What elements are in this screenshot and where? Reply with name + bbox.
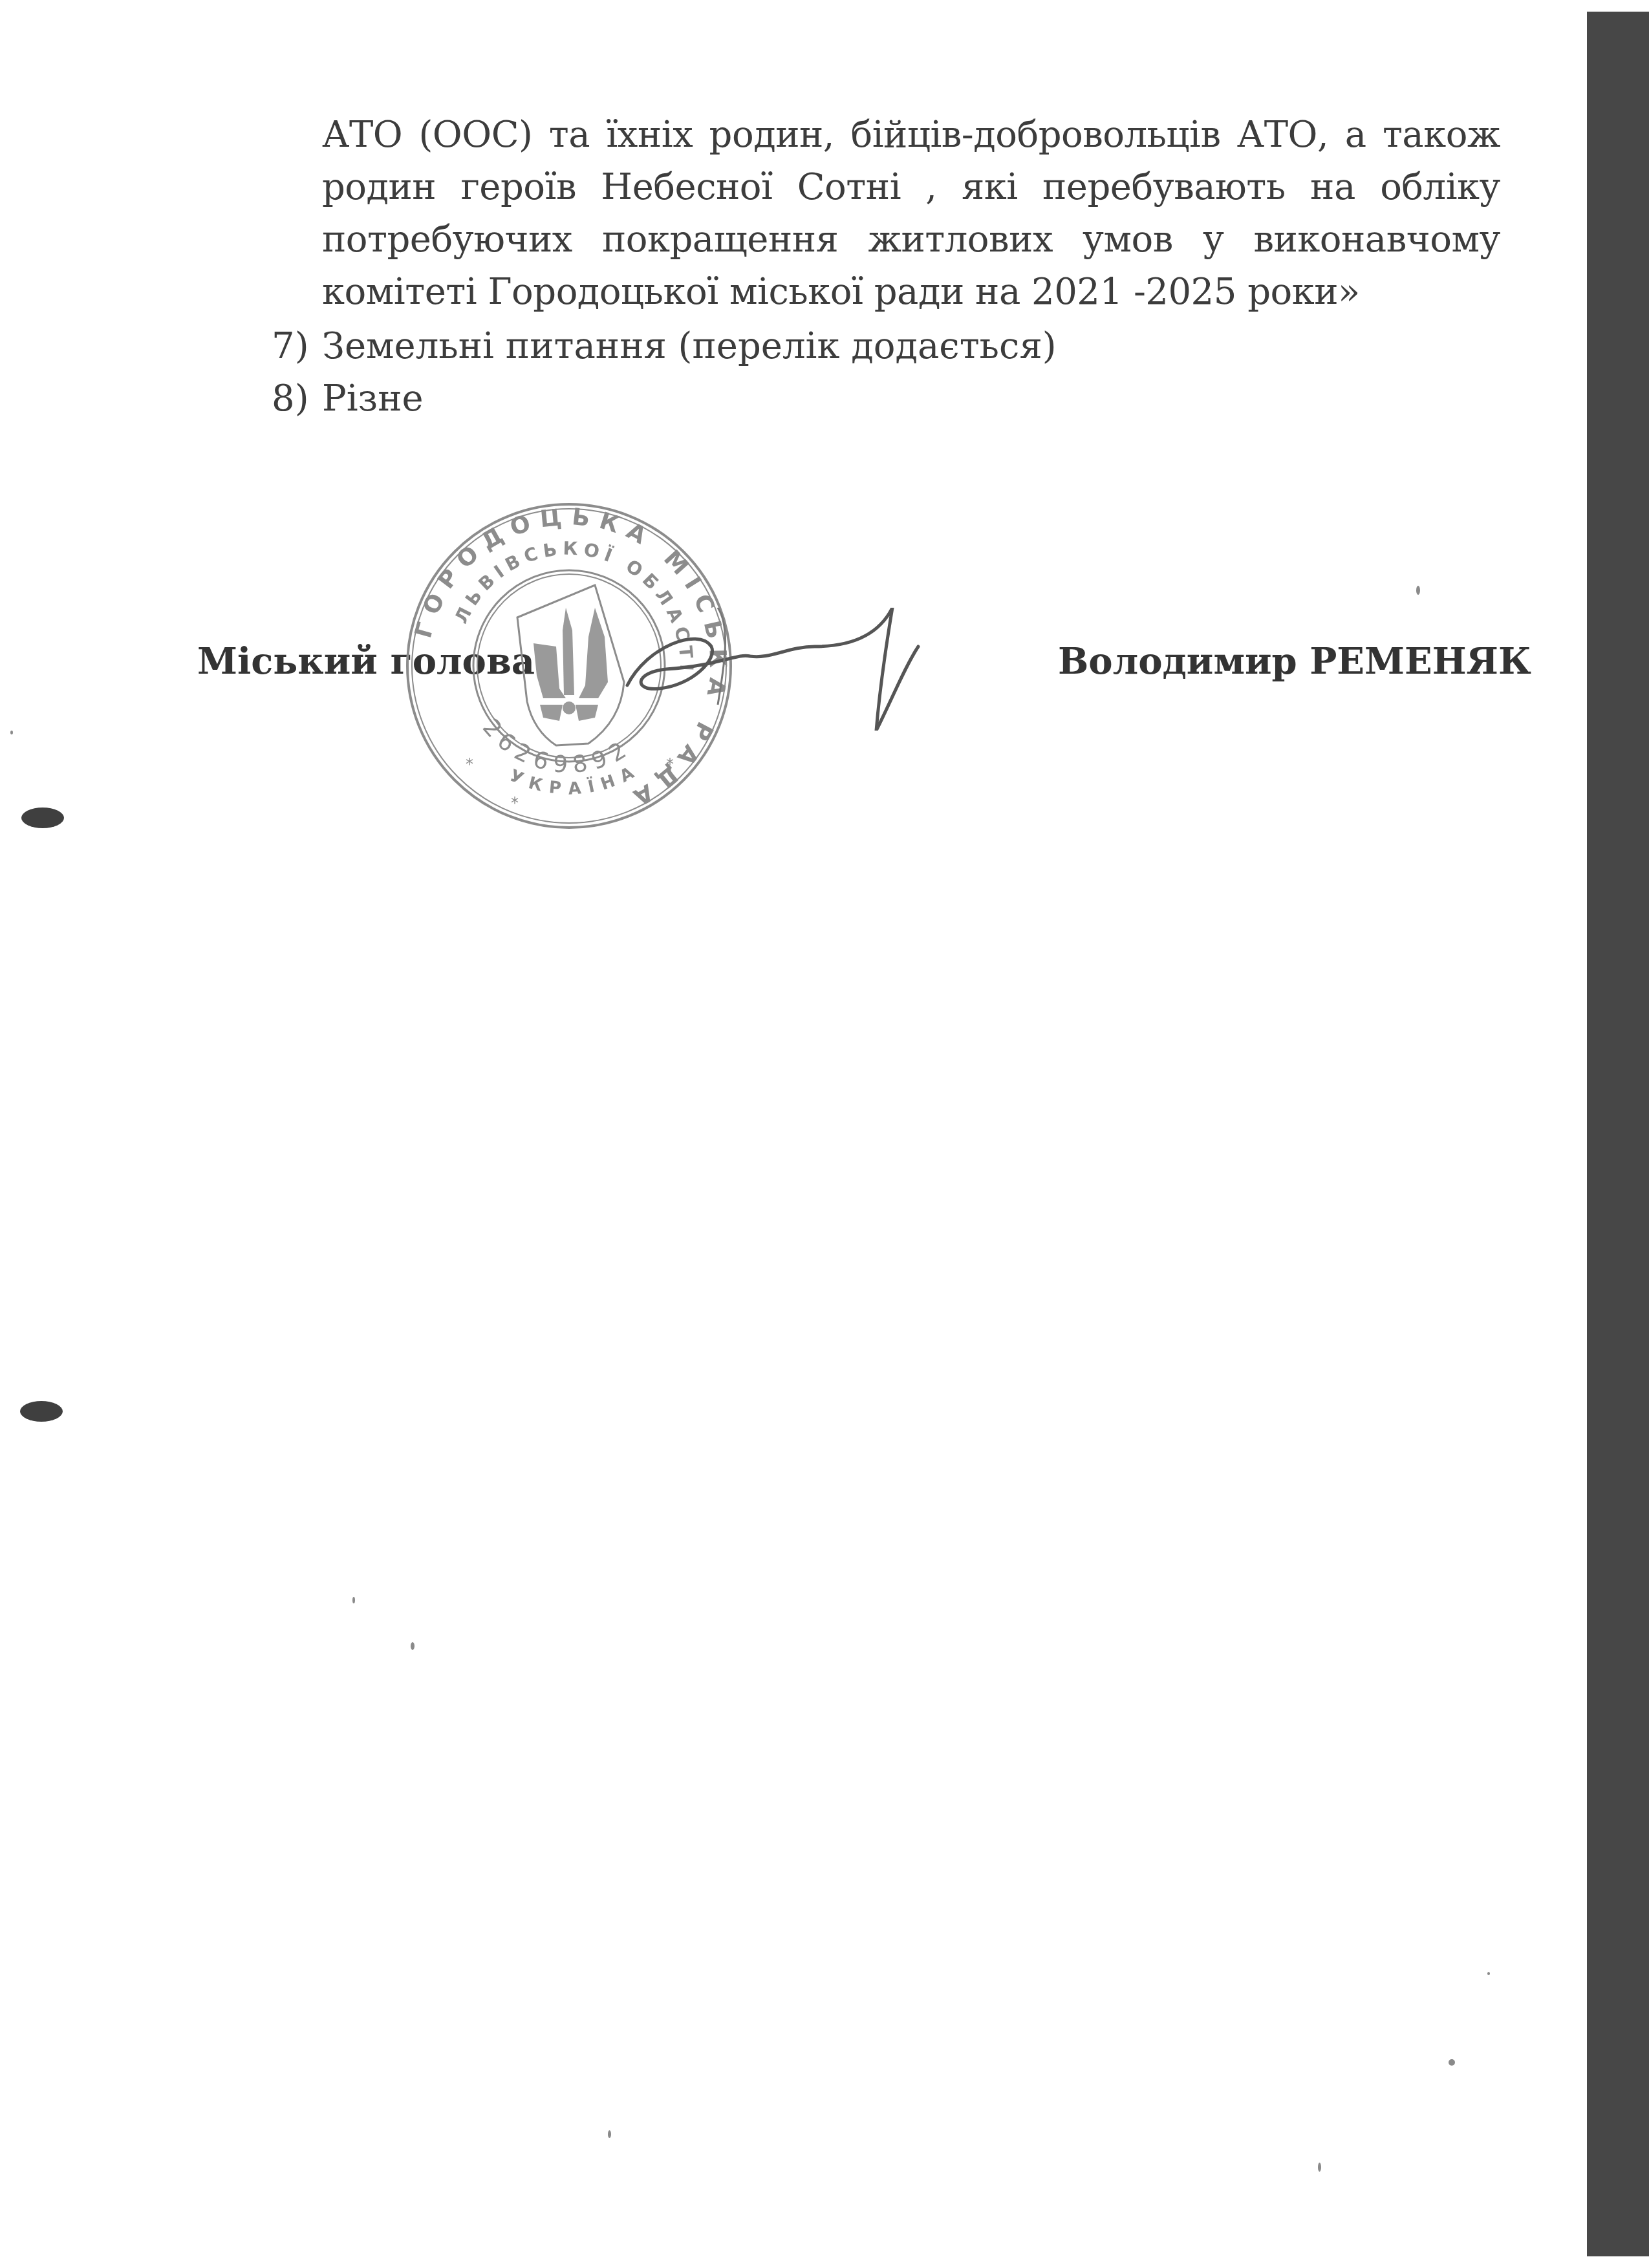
item-text: Різне (322, 372, 424, 425)
paragraph-line: потребуючих покращення житлових умов у в… (322, 213, 1500, 266)
handwritten-signature-icon (621, 608, 983, 731)
svg-text:*: * (666, 755, 674, 773)
scan-speck (411, 1642, 415, 1650)
item-text: Земельні питання (перелік додається) (322, 320, 1057, 372)
paragraph-line: АТО (ООС) та їхніх родин, бійців-доброво… (322, 109, 1500, 161)
scan-speck (1416, 586, 1420, 595)
svg-text:26269892: 26269892 (477, 714, 636, 779)
trident-emblem-icon (517, 585, 624, 745)
scan-speck (1487, 1972, 1490, 1975)
scan-speck (1449, 2059, 1455, 2066)
scan-speck (352, 1597, 355, 1603)
agenda-item-7: 7) Земельні питання (перелік додається) (272, 320, 1057, 372)
signatory-name: Володимир РЕМЕНЯК (1058, 640, 1531, 683)
punch-hole-top (21, 808, 64, 828)
paragraph-line: комітеті Городоцької міської ради на 202… (322, 266, 1500, 318)
scanner-dark-edge (1587, 12, 1649, 2256)
agenda-list: 7) Земельні питання (перелік додається) … (272, 320, 1057, 425)
agenda-item-continuation: АТО (ООС) та їхніх родин, бійців-доброво… (322, 109, 1500, 318)
scan-speck (10, 731, 13, 734)
svg-text:*: * (466, 755, 473, 773)
item-number: 8) (272, 372, 322, 425)
scanned-document-page: АТО (ООС) та їхніх родин, бійців-доброво… (0, 0, 1649, 2268)
item-number: 7) (272, 320, 322, 372)
scan-speck (608, 2130, 611, 2138)
scan-speck (1318, 2163, 1321, 2172)
punch-hole-bottom (20, 1401, 63, 1422)
svg-text:*: * (511, 794, 519, 812)
agenda-item-8: 8) Різне (272, 372, 1057, 425)
paragraph-line: родин героїв Небесної Сотні , які перебу… (322, 161, 1500, 213)
